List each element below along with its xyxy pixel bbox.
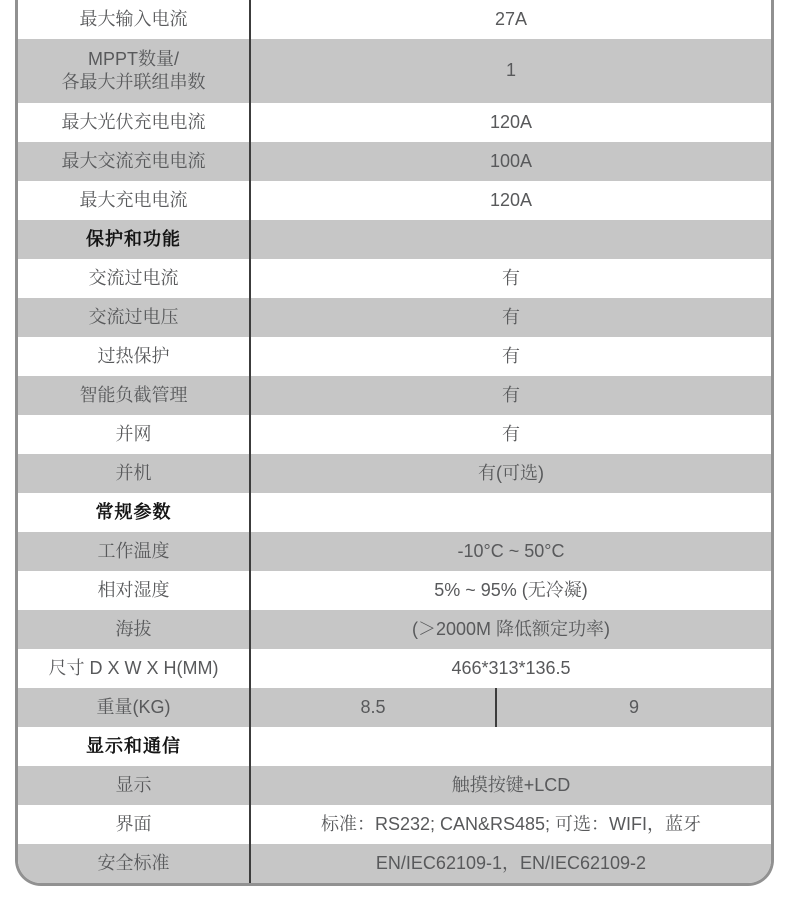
section-title: 保护和功能 [18,220,251,259]
section-empty-cell [251,220,771,259]
row-weight: 重量(KG) 8.5 9 [18,688,771,727]
spec-label: 尺寸 D X W X H(MM) [18,649,251,688]
row-max-pv-charge-current: 最大光伏充电电流 120A [18,103,771,142]
spec-value: 有 [251,376,771,415]
spec-value: 有(可选) [251,454,771,493]
spec-value: 标准：RS232; CAN&RS485; 可选：WIFI，蓝牙 [251,805,771,844]
spec-value: (＞2000M 降低额定功率) [251,610,771,649]
weight-values: 8.5 9 [251,688,771,727]
spec-value: 27A [251,0,771,39]
section-empty-cell [251,727,771,766]
row-ac-overcurrent: 交流过电流 有 [18,259,771,298]
row-max-ac-charge-current: 最大交流充电电流 100A [18,142,771,181]
row-safety-standard: 安全标准 EN/IEC62109-1，EN/IEC62109-2 [18,844,771,883]
spec-label: 工作温度 [18,532,251,571]
spec-value: 有 [251,298,771,337]
row-interface: 界面 标准：RS232; CAN&RS485; 可选：WIFI，蓝牙 [18,805,771,844]
section-protection-functions: 保护和功能 [18,220,771,259]
row-ac-overvoltage: 交流过电压 有 [18,298,771,337]
spec-label: 智能负截管理 [18,376,251,415]
weight-value-1: 8.5 [251,688,497,727]
spec-label: 显示 [18,766,251,805]
spec-value: 触摸按键+LCD [251,766,771,805]
row-display: 显示 触摸按键+LCD [18,766,771,805]
spec-value: 120A [251,103,771,142]
section-empty-cell [251,493,771,532]
row-mppt-count: MPPT数量/ 各最大并联组串数 1 [18,39,771,103]
spec-value: 有 [251,337,771,376]
spec-label: 最大交流充电电流 [18,142,251,181]
row-smart-load-management: 智能负截管理 有 [18,376,771,415]
spec-label: 海拔 [18,610,251,649]
spec-label: 最大光伏充电电流 [18,103,251,142]
row-altitude: 海拔 (＞2000M 降低额定功率) [18,610,771,649]
spec-value: 有 [251,259,771,298]
row-grid-tie: 并网 有 [18,415,771,454]
spec-value: EN/IEC62109-1，EN/IEC62109-2 [251,844,771,883]
spec-value: 466*313*136.5 [251,649,771,688]
spec-label: 界面 [18,805,251,844]
row-max-charge-current: 最大充电电流 120A [18,181,771,220]
row-over-temperature-protection: 过热保护 有 [18,337,771,376]
spec-label: MPPT数量/ 各最大并联组串数 [18,39,251,103]
section-title: 显示和通信 [18,727,251,766]
spec-value: 120A [251,181,771,220]
row-parallel-operation: 并机 有(可选) [18,454,771,493]
spec-value: 100A [251,142,771,181]
spec-label: 并机 [18,454,251,493]
row-relative-humidity: 相对湿度 5% ~ 95% (无冷凝) [18,571,771,610]
section-display-communication: 显示和通信 [18,727,771,766]
row-max-input-current: 最大输入电流 27A [18,0,771,39]
row-dimensions: 尺寸 D X W X H(MM) 466*313*136.5 [18,649,771,688]
spec-value: -10°C ~ 50°C [251,532,771,571]
spec-label: 安全标准 [18,844,251,883]
spec-label: 相对湿度 [18,571,251,610]
spec-label: 并网 [18,415,251,454]
section-general-parameters: 常规参数 [18,493,771,532]
row-operating-temperature: 工作温度 -10°C ~ 50°C [18,532,771,571]
spec-value: 1 [251,39,771,103]
spec-label: 重量(KG) [18,688,251,727]
specification-table: 最大输入电流 27A MPPT数量/ 各最大并联组串数 1 最大光伏充电电流 1… [15,0,774,886]
weight-value-2: 9 [497,688,771,727]
spec-label: 过热保护 [18,337,251,376]
spec-label: 最大输入电流 [18,0,251,39]
section-title: 常规参数 [18,493,251,532]
spec-value: 有 [251,415,771,454]
spec-label: 交流过电压 [18,298,251,337]
spec-label: 最大充电电流 [18,181,251,220]
spec-label: 交流过电流 [18,259,251,298]
spec-value: 5% ~ 95% (无冷凝) [251,571,771,610]
